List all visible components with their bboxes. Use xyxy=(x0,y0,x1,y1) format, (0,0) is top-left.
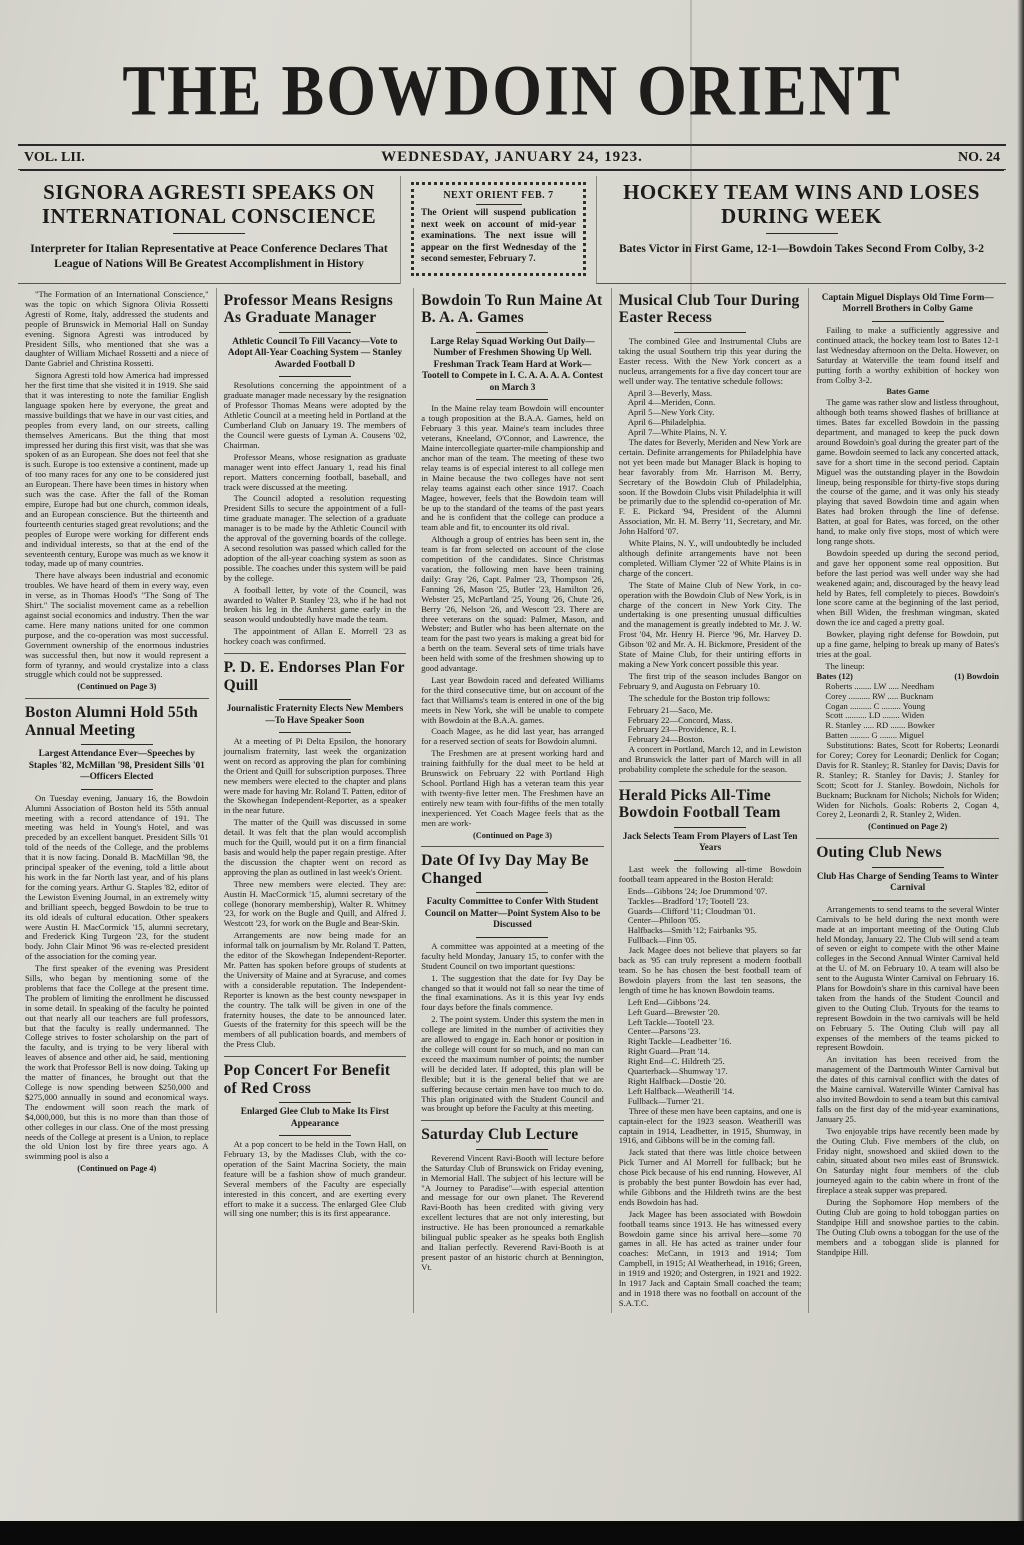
article-paragraph: Professor Means, whose resignation as gr… xyxy=(224,453,407,493)
lead-article-header: SIGNORA AGRESTI SPEAKS ON INTERNATIONAL … xyxy=(18,176,400,284)
article-deck: Athletic Council To Fill Vacancy—Vote to… xyxy=(224,337,407,372)
rule xyxy=(81,744,153,745)
hockey-deck: Bates Victor in First Game, 12-1—Bowdoin… xyxy=(605,242,998,257)
article-paragraph: Reverend Vincent Ravi-Booth will lecture… xyxy=(421,1154,604,1273)
rule xyxy=(872,900,944,901)
article-line: Roberts ........ LW ..... Needham xyxy=(816,682,999,692)
article: Bowdoin To Run Maine At B. A. A. GamesLa… xyxy=(421,292,604,840)
article-paragraph: Two enjoyable trips have recently been m… xyxy=(816,1127,999,1196)
article-separator xyxy=(224,653,407,654)
rule xyxy=(279,332,351,333)
article-deck: Large Relay Squad Working Out Daily—Numb… xyxy=(421,337,604,395)
article-paragraph: Last year Bowdoin raced and defeated Wil… xyxy=(421,676,604,726)
article-paragraph: The matter of the Quill was discussed in… xyxy=(224,818,407,877)
article-line: April 4—Meriden, Conn. xyxy=(619,398,802,408)
article: Herald Picks All-Time Bowdoin Football T… xyxy=(619,781,802,1309)
article-line: Left Halfback—Weatherill '14. xyxy=(619,1087,802,1097)
notice-body: The Orient will suspend publication next… xyxy=(421,208,576,266)
article-line: Quarterback—Shumway '17. xyxy=(619,1067,802,1077)
article-headline: Pop Concert For Benefit of Red Cross xyxy=(224,1062,407,1097)
article-line: Center—Philoon '05. xyxy=(619,916,802,926)
article-line: Right Tackle—Leadbetter '16. xyxy=(619,1037,802,1047)
article-paragraph: An invitation has been received from the… xyxy=(816,1055,999,1124)
lineup-left-team: Bates (12) xyxy=(816,672,853,682)
article-headline: Outing Club News xyxy=(816,844,999,862)
article: Boston Alumni Hold 55th Annual MeetingLa… xyxy=(25,698,209,1174)
notice-cell: NEXT ORIENT FEB. 7 The Orient will suspe… xyxy=(400,176,596,284)
article-line: Left Tackle—Tootell '23. xyxy=(619,1018,802,1028)
article: Pop Concert For Benefit of Red CrossEnla… xyxy=(224,1056,407,1219)
article-separator xyxy=(25,698,209,699)
article-paragraph: 2. The point system. Under this system t… xyxy=(421,1015,604,1114)
article-line: April 3—Beverly, Mass. xyxy=(619,389,802,399)
hockey-headline: HOCKEY TEAM WINS AND LOSES DURING WEEK xyxy=(605,180,998,228)
rule xyxy=(674,860,746,861)
article-headline: Professor Means Resigns As Graduate Mana… xyxy=(224,292,407,327)
article-paragraph: Jack Magee does not believe that players… xyxy=(619,946,802,996)
article-paragraph: Bowker, playing right defense for Bowdoi… xyxy=(816,630,999,660)
article-paragraph: Jack Magee has been associated with Bowd… xyxy=(619,1210,802,1309)
article-line: Right End—C. Hildreth '25. xyxy=(619,1057,802,1067)
newspaper-title: THE BOWDOIN ORIENT xyxy=(18,52,1006,130)
article-deck: Largest Attendance Ever—Speeches by Stap… xyxy=(25,749,209,784)
rule xyxy=(872,867,944,868)
article-paragraph: The first trip of the season includes Ba… xyxy=(619,672,802,692)
article-deck: Journalistic Fraternity Elects New Membe… xyxy=(224,704,407,727)
article-paragraph: On Tuesday evening, January 16, the Bowd… xyxy=(25,794,209,962)
notice-heading: NEXT ORIENT FEB. 7 xyxy=(421,190,576,201)
scan-edge-right xyxy=(1017,0,1024,1545)
article-paragraph: Resolutions concerning the appointment o… xyxy=(224,381,407,450)
hockey-article-header: HOCKEY TEAM WINS AND LOSES DURING WEEK B… xyxy=(596,176,1006,284)
lead-headline: SIGNORA AGRESTI SPEAKS ON INTERNATIONAL … xyxy=(26,180,392,228)
dateline: VOL. LII. WEDNESDAY, JANUARY 24, 1923. N… xyxy=(18,144,1006,170)
rule xyxy=(279,1102,351,1103)
article-paragraph: Bowdoin speeded up during the second per… xyxy=(816,549,999,628)
article-headline: P. D. E. Endorses Plan For Quill xyxy=(224,659,407,694)
article-paragraph: At a meeting of Pi Delta Epsilon, the ho… xyxy=(224,737,407,816)
rule xyxy=(674,827,746,828)
article-line: Cogan .......... C ......... Young xyxy=(816,702,999,712)
article-line: Right Halfback—Dostie '20. xyxy=(619,1077,802,1087)
rule xyxy=(476,204,522,205)
column-4: Musical Club Tour During Easter RecessTh… xyxy=(611,288,809,1313)
rule xyxy=(279,732,351,733)
article-paragraph: The game was rather slow and listless th… xyxy=(816,398,999,547)
issue-number: NO. 24 xyxy=(840,150,1000,166)
rule xyxy=(81,789,153,790)
rule xyxy=(476,399,548,400)
rule xyxy=(766,233,838,234)
lead-deck: Interpreter for Italian Representative a… xyxy=(26,242,392,272)
continued-note: (Continued on Page 4) xyxy=(25,1164,209,1174)
article-line: February 23—Providence, R. I. xyxy=(619,725,802,735)
article-line: Ends—Gibbons '24; Joe Drummond '07. xyxy=(619,887,802,897)
article-headline: Herald Picks All-Time Bowdoin Football T… xyxy=(619,787,802,822)
lineup-right-team: (1) Bowdoin xyxy=(954,672,999,682)
article-headline: Musical Club Tour During Easter Recess xyxy=(619,292,802,327)
article-line: February 22—Concord, Mass. xyxy=(619,716,802,726)
article-line: Left Guard—Brewster '20. xyxy=(619,1008,802,1018)
next-issue-notice: NEXT ORIENT FEB. 7 The Orient will suspe… xyxy=(411,182,586,276)
article-paragraph: The dates for Beverly, Meriden and New Y… xyxy=(619,438,802,537)
newspaper-page: THE BOWDOIN ORIENT VOL. LII. WEDNESDAY, … xyxy=(0,0,1024,1545)
article: Saturday Club LectureReverend Vincent Ra… xyxy=(421,1120,604,1272)
rule xyxy=(476,892,548,893)
article-headline: Saturday Club Lecture xyxy=(421,1126,604,1144)
article-paragraph: Last week the following all-time Bowdoin… xyxy=(619,865,802,885)
article: P. D. E. Endorses Plan For QuillJournali… xyxy=(224,653,407,1050)
article-paragraph: 1. The suggestion that the date for Ivy … xyxy=(421,974,604,1014)
rule xyxy=(279,376,351,377)
article-paragraph: The Council adopted a resolution request… xyxy=(224,494,407,583)
article-paragraph: Three of these men have been captains, a… xyxy=(619,1107,802,1147)
article-line: The lineup: xyxy=(816,662,999,672)
article: Musical Club Tour During Easter RecessTh… xyxy=(619,292,802,775)
article-line: Center—Parsons '23. xyxy=(619,1027,802,1037)
article-headline: Boston Alumni Hold 55th Annual Meeting xyxy=(25,704,209,739)
article-paragraph: The Freshmen are at present working hard… xyxy=(421,749,604,828)
article: Outing Club NewsClub Has Charge of Sendi… xyxy=(816,838,999,1257)
continued-note: (Continued on Page 3) xyxy=(421,831,604,841)
rule xyxy=(279,699,351,700)
article-deck: Club Has Charge of Sending Teams to Wint… xyxy=(816,872,999,895)
continued-note: (Continued on Page 2) xyxy=(816,822,999,832)
masthead: THE BOWDOIN ORIENT VOL. LII. WEDNESDAY, … xyxy=(18,0,1006,170)
article-separator xyxy=(421,1120,604,1121)
continued-note: Bates Game xyxy=(816,387,999,397)
article-line: Guards—Clifford '11; Cloudman '01. xyxy=(619,907,802,917)
article-paragraph: During the Sophomore Hop members of the … xyxy=(816,1198,999,1257)
body-columns: "The Formation of an International Consc… xyxy=(18,288,1006,1313)
column-1: "The Formation of an International Consc… xyxy=(18,288,216,1313)
issue-date: WEDNESDAY, JANUARY 24, 1923. xyxy=(184,149,840,166)
rule xyxy=(279,1135,351,1136)
article-headline: Bowdoin To Run Maine At B. A. A. Games xyxy=(421,292,604,327)
top-headline-row: SIGNORA AGRESTI SPEAKS ON INTERNATIONAL … xyxy=(18,176,1006,284)
article-line: Scott .......... LD ........ Widen xyxy=(816,711,999,721)
article: Professor Means Resigns As Graduate Mana… xyxy=(224,292,407,647)
article-line: Halfbacks—Smith '12; Fairbanks '95. xyxy=(619,926,802,936)
article: Date Of Ivy Day May Be ChangedFaculty Co… xyxy=(421,846,604,1114)
article-line: April 6—Philadelphia. xyxy=(619,418,802,428)
column-3: Bowdoin To Run Maine At B. A. A. GamesLa… xyxy=(413,288,611,1313)
article-paragraph: White Plains, N. Y., will undoubtedly be… xyxy=(619,539,802,579)
rule xyxy=(872,321,944,322)
article-separator xyxy=(816,838,999,839)
article-paragraph: There have always been industrial and ec… xyxy=(25,571,209,680)
article-paragraph: A committee was appointed at a meeting o… xyxy=(421,942,604,972)
article-line: February 21—Saco, Me. xyxy=(619,706,802,716)
rule xyxy=(476,332,548,333)
article-line: Left End—Gibbons '24. xyxy=(619,998,802,1008)
article-paragraph: "The Formation of an International Consc… xyxy=(25,290,209,369)
column-2: Professor Means Resigns As Graduate Mana… xyxy=(216,288,414,1313)
lineup-header-row: Bates (12)(1) Bowdoin xyxy=(816,672,999,682)
article-deck: Faculty Committee to Confer With Student… xyxy=(421,897,604,932)
article-line: Tackles—Bradford '17; Tootell '23. xyxy=(619,897,802,907)
article-deck: Enlarged Glee Club to Make Its First App… xyxy=(224,1107,407,1130)
article-paragraph: A concert in Portland, March 12, and in … xyxy=(619,745,802,775)
article-headline: Date Of Ivy Day May Be Changed xyxy=(421,852,604,887)
article-line: April 5—New York City. xyxy=(619,408,802,418)
article-paragraph: Arrangements to send teams to the severa… xyxy=(816,905,999,1054)
article-paragraph: Signora Agresti told how America had imp… xyxy=(25,371,209,569)
article-paragraph: The first speaker of the evening was Pre… xyxy=(25,964,209,1162)
rule xyxy=(173,233,245,234)
continued-note: (Continued on Page 3) xyxy=(25,682,209,692)
article-paragraph: Substitutions: Bates, Scott for Roberts;… xyxy=(816,741,999,820)
article-paragraph: A football letter, by vote of the Counci… xyxy=(224,586,407,626)
article-paragraph: Three new members were elected. They are… xyxy=(224,880,407,930)
article-paragraph: In the Maine relay team Bowdoin will enc… xyxy=(421,404,604,533)
scan-edge-bottom xyxy=(0,1521,1024,1545)
article-separator xyxy=(224,1056,407,1057)
rule xyxy=(476,937,548,938)
article-line: R. Stanley ..... RD ....... Bowker xyxy=(816,721,999,731)
article-paragraph: The schedule for the Boston trip follows… xyxy=(619,694,802,704)
article-paragraph: The State of Maine Club of New York, in … xyxy=(619,581,802,670)
article-paragraph: Arrangements are now being made for an i… xyxy=(224,931,407,1050)
article-paragraph: At a pop concert to be held in the Town … xyxy=(224,1140,407,1219)
article-deck: Jack Selects Team From Players of Last T… xyxy=(619,832,802,855)
article-paragraph: Coach Magee, as he did last year, has ar… xyxy=(421,727,604,747)
rule xyxy=(476,1149,548,1150)
article-paragraph: The combined Glee and Instrumental Clubs… xyxy=(619,337,802,387)
article-paragraph: The appointment of Allan E. Morrell '23 … xyxy=(224,627,407,647)
column-5: Captain Miguel Displays Old Time Form—Mo… xyxy=(808,288,1006,1313)
article-separator xyxy=(619,781,802,782)
article-separator xyxy=(421,846,604,847)
volume-label: VOL. LII. xyxy=(24,150,184,166)
article-line: Right Guard—Pratt '14. xyxy=(619,1047,802,1057)
article-paragraph: Failing to make a sufficiently aggressiv… xyxy=(816,326,999,385)
article-paragraph: Jack stated that there was little choice… xyxy=(619,1148,802,1207)
article-paragraph: Although a group of entries has been sen… xyxy=(421,535,604,674)
article: "The Formation of an International Consc… xyxy=(25,290,209,692)
article-deck: Captain Miguel Displays Old Time Form—Mo… xyxy=(816,293,999,316)
rule xyxy=(674,332,746,333)
article-line: Corey .......... RW ..... Bucknam xyxy=(816,692,999,702)
article: Captain Miguel Displays Old Time Form—Mo… xyxy=(816,293,999,832)
